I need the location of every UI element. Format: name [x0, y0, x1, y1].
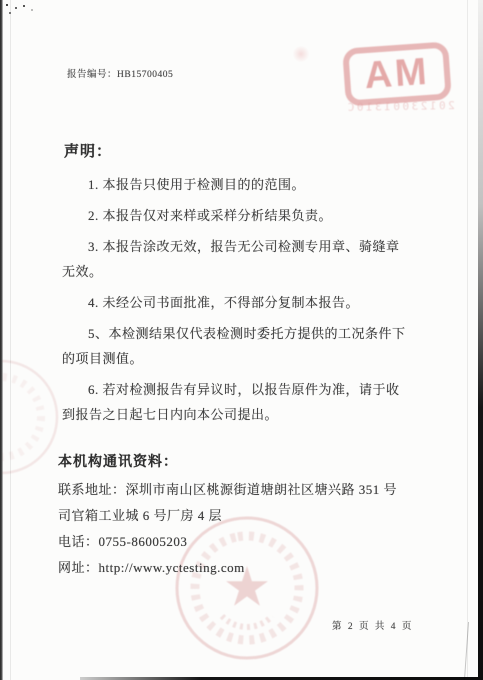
- contact-address-label: 联系地址：: [58, 482, 126, 497]
- statement-item-6: 6. 若对检测报告有异议时，以报告原件为准，请于收到报告之日起七日内向本公司提出…: [62, 377, 410, 427]
- paper-edge-line: [467, 0, 468, 680]
- statement-heading: 声明：: [64, 140, 112, 161]
- statement-item-2: 2. 本报告仅对来样或采样分析结果负责。: [62, 203, 410, 228]
- report-number: 报告编号：HB15700405: [67, 66, 173, 80]
- am-stamp-text: AM: [363, 53, 431, 95]
- statement-item-3: 3. 本报告涂改无效，报告无公司检测专用章、骑缝章无效。: [62, 234, 410, 284]
- statement-item-4: 4. 未经公司书面批准，不得部分复制本报告。: [62, 290, 410, 315]
- report-number-value: HB15700405: [117, 70, 173, 80]
- page-curl-line: [464, 622, 471, 680]
- contact-website: 网址：http://www.yctesting.com: [58, 555, 410, 581]
- report-number-label: 报告编号：: [67, 70, 117, 80]
- scan-edge-left: [0, 0, 3, 680]
- contact-heading: 本机构通讯资料：: [58, 451, 178, 471]
- paper-fold-line: [10, 0, 11, 680]
- scan-specks: [6, 4, 8, 6]
- statement-item-1: 1. 本报告只使用于检测目的的范围。: [62, 172, 410, 197]
- am-stamp-number: 20123001310C: [334, 99, 466, 114]
- scanned-report-page: 报告编号：HB15700405 AM 20123001310C 声明： 1. 本…: [0, 0, 483, 680]
- contact-website-value: http://www.yctesting.com: [99, 560, 245, 575]
- page-indicator: 第 2 页 共 4 页: [332, 618, 413, 632]
- contact-website-label: 网址：: [58, 560, 99, 575]
- contact-address: 联系地址：深圳市南山区桃源街道塘朗社区塘兴路 351 号司官箱工业城 6 号厂房…: [58, 477, 410, 529]
- statement-item-5: 5、本检测结果仅代表检测时委托方提供的工况条件下的项目测值。: [62, 321, 410, 371]
- contact-phone: 电话：0755-86005203: [58, 529, 410, 555]
- contact-phone-value: 0755-86005203: [99, 534, 188, 549]
- scan-edge-right: [478, 0, 483, 680]
- statement-list: 1. 本报告只使用于检测目的的范围。 2. 本报告仅对来样或采样分析结果负责。 …: [62, 172, 410, 433]
- ink-smudge: [292, 46, 310, 62]
- contact-block: 联系地址：深圳市南山区桃源街道塘朗社区塘兴路 351 号司官箱工业城 6 号厂房…: [58, 477, 410, 581]
- contact-phone-label: 电话：: [58, 534, 99, 549]
- am-stamp: AM: [342, 41, 452, 106]
